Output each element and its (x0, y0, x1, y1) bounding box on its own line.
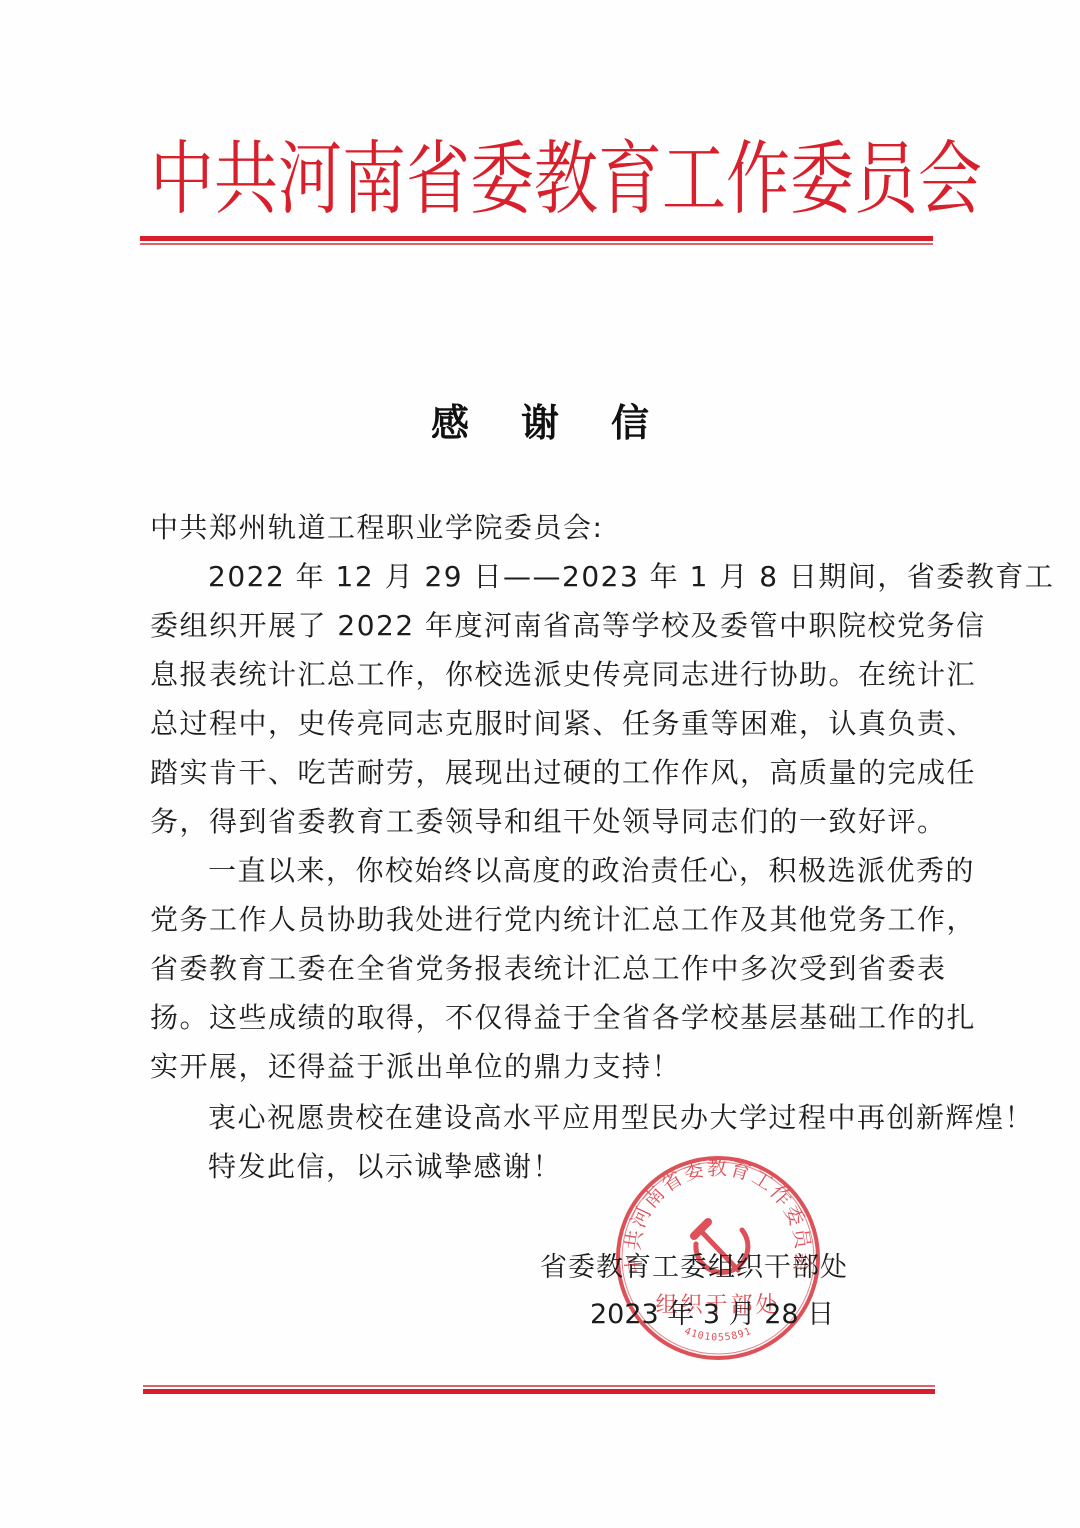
paragraph-1: 2022 年 12 月 29 日——2023 年 1 月 8 日期间，省委教育工… (150, 552, 930, 846)
salutation: 中共郑州轨道工程职业学院委员会: (150, 503, 930, 552)
signature-date: 2023 年 3 月 28 日 (590, 1292, 834, 1338)
paragraph-line: 扬。这些成绩的取得，不仅得益于全省各学校基层基础工作的扎 (150, 993, 930, 1042)
footer-red-rule (143, 1385, 935, 1394)
paragraph-line: 衷心祝愿贵校在建设高水平应用型民办大学过程中再创新辉煌！ (150, 1093, 930, 1142)
letterhead-red-rule (140, 236, 933, 245)
paragraph-2: 一直以来，你校始终以高度的政治责任心，积极选派优秀的 党务工作人员协助我处进行党… (150, 846, 930, 1091)
paragraph-line: 务，得到省委教育工委领导和组干处领导同志们的一致好评。 (150, 797, 930, 846)
paragraph-line: 2022 年 12 月 29 日——2023 年 1 月 8 日期间，省委教育工 (150, 552, 930, 601)
paragraph-line: 党务工作人员协助我处进行党内统计汇总工作及其他党务工作， (150, 895, 930, 944)
paragraph-line: 息报表统计汇总工作，你校选派史传亮同志进行协助。在统计汇 (150, 650, 930, 699)
organization-letterhead: 中共河南省委教育工作委员会 (150, 118, 930, 243)
title-char: 信 (611, 398, 649, 448)
paragraph-line: 一直以来，你校始终以高度的政治责任心，积极选派优秀的 (150, 846, 930, 895)
signature-department: 省委教育工委组织干部处 (540, 1245, 848, 1291)
title-char: 谢 (521, 398, 559, 448)
paragraph-line: 总过程中，史传亮同志克服时间紧、任务重等困难，认真负责、 (150, 699, 930, 748)
letter-page: 中共河南省委教育工作委员会 感谢信 中共郑州轨道工程职业学院委员会: 2022 … (0, 0, 1080, 1528)
paragraph-line: 踏实肯干、吃苦耐劳，展现出过硬的工作作风，高质量的完成任 (150, 748, 930, 797)
paragraph-line: 委组织开展了 2022 年度河南省高等学校及委管中职院校党务信 (150, 601, 930, 650)
salutation-text: 中共郑州轨道工程职业学院委员会: (150, 503, 930, 552)
paragraph-line: 实开展，还得益于派出单位的鼎力支持！ (150, 1042, 930, 1091)
paragraph-line: 省委教育工委在全省党务报表统计汇总工作中多次受到省委表 (150, 944, 930, 993)
title-char: 感 (431, 398, 469, 448)
letter-title: 感谢信 (0, 398, 1080, 448)
